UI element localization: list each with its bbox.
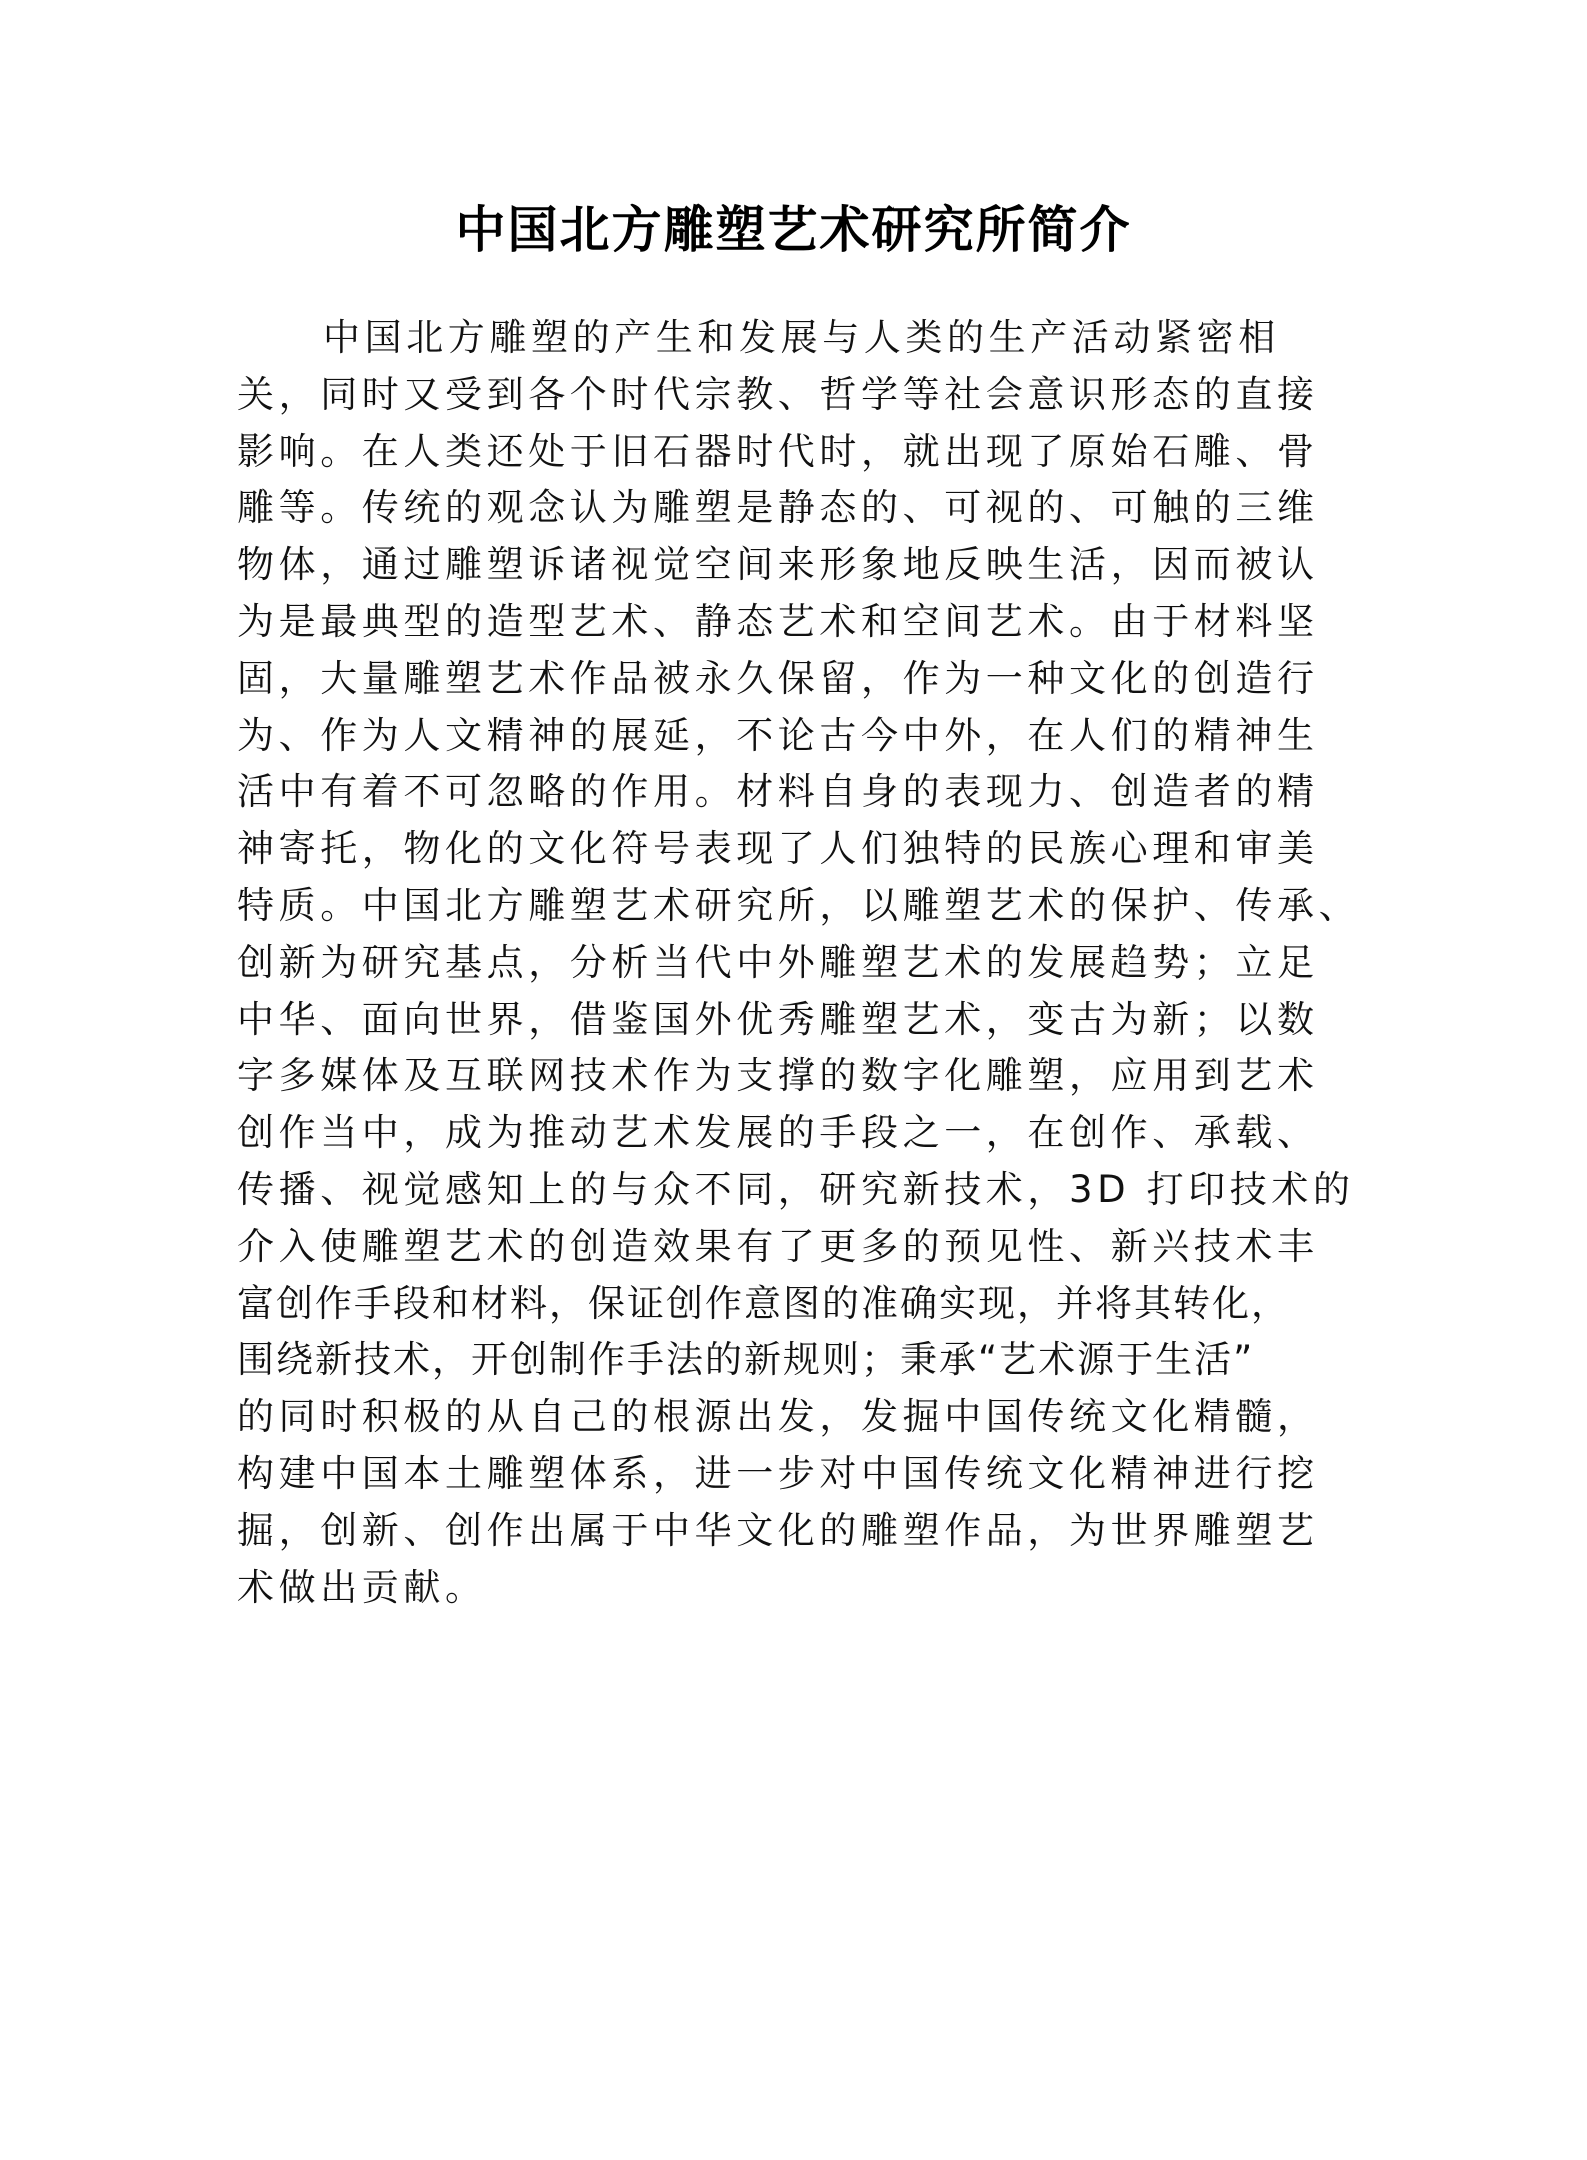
text-line: 富创作手段和材料，保证创作意图的准确实现，并将其转化， bbox=[237, 1276, 1353, 1333]
text-line: 创新为研究基点，分析当代中外雕塑艺术的发展趋势；立足 bbox=[237, 935, 1353, 992]
text-line: 神寄托，物化的文化符号表现了人们独特的民族心理和审美 bbox=[237, 821, 1353, 878]
text-line: 围绕新技术，开创制作手法的新规则；秉承“艺术源于生活” bbox=[237, 1332, 1353, 1389]
text-line: 字多媒体及互联网技术作为支撑的数字化雕塑，应用到艺术 bbox=[237, 1048, 1353, 1105]
text-line: 活中有着不可忽略的作用。材料自身的表现力、创造者的精 bbox=[237, 764, 1353, 821]
text-line: 构建中国本土雕塑体系，进一步对中国传统文化精神进行挖 bbox=[237, 1446, 1353, 1503]
text-line: 创作当中，成为推动艺术发展的手段之一，在创作、承载、 bbox=[237, 1105, 1353, 1162]
text-line: 影响。在人类还处于旧石器时代时，就出现了原始石雕、骨 bbox=[237, 424, 1353, 481]
document-title: 中国北方雕塑艺术研究所简介 bbox=[0, 195, 1587, 265]
text-line: 掘，创新、创作出属于中华文化的雕塑作品，为世界雕塑艺 bbox=[237, 1503, 1353, 1560]
text-line: 雕等。传统的观念认为雕塑是静态的、可视的、可触的三维 bbox=[237, 480, 1353, 537]
text-line: 为、作为人文精神的展延，不论古今中外，在人们的精神生 bbox=[237, 708, 1353, 765]
text-line: 介入使雕塑艺术的创造效果有了更多的预见性、新兴技术丰 bbox=[237, 1219, 1353, 1276]
text-line: 关，同时又受到各个时代宗教、哲学等社会意识形态的直接 bbox=[237, 367, 1353, 424]
text-line: 中华、面向世界，借鉴国外优秀雕塑艺术，变古为新；以数 bbox=[237, 992, 1353, 1049]
text-line: 术做出贡献。 bbox=[237, 1560, 1353, 1617]
document-page: 中国北方雕塑艺术研究所简介 中国北方雕塑的产生和发展与人类的生产活动紧密相 关，… bbox=[0, 0, 1587, 2160]
text-line: 为是最典型的造型艺术、静态艺术和空间艺术。由于材料坚 bbox=[237, 594, 1353, 651]
text-line: 的同时积极的从自己的根源出发，发掘中国传统文化精髓， bbox=[237, 1389, 1353, 1446]
text-line: 传播、视觉感知上的与众不同，研究新技术，3D 打印技术的 bbox=[237, 1162, 1353, 1219]
text-line: 固，大量雕塑艺术作品被永久保留，作为一种文化的创造行 bbox=[237, 651, 1353, 708]
text-line: 特质。中国北方雕塑艺术研究所，以雕塑艺术的保护、传承、 bbox=[237, 878, 1353, 935]
text-line: 中国北方雕塑的产生和发展与人类的生产活动紧密相 bbox=[237, 310, 1353, 367]
paragraph: 中国北方雕塑的产生和发展与人类的生产活动紧密相 关，同时又受到各个时代宗教、哲学… bbox=[237, 310, 1353, 1616]
document-body: 中国北方雕塑的产生和发展与人类的生产活动紧密相 关，同时又受到各个时代宗教、哲学… bbox=[237, 310, 1353, 1616]
text-line: 物体，通过雕塑诉诸视觉空间来形象地反映生活，因而被认 bbox=[237, 537, 1353, 594]
